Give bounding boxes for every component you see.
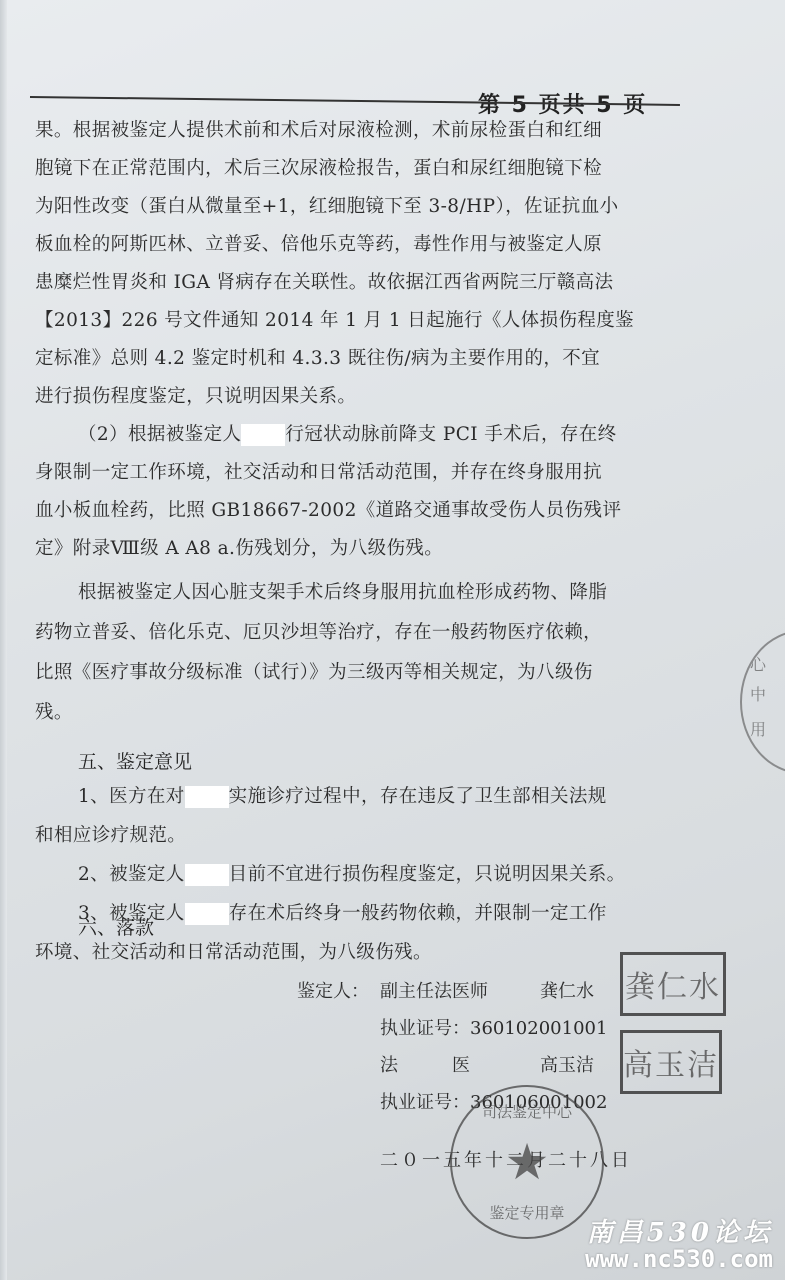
appraiser2-name: 高玉洁	[540, 1051, 594, 1077]
opinion-item-1: 1、医方在对实施诊疗过程中，存在违反了卫生部相关法规	[78, 786, 718, 808]
appraiser-label: 鉴定人：	[297, 977, 369, 1003]
edge-seal-char: 中	[750, 682, 766, 705]
edge-seal-char: 用	[750, 717, 766, 740]
opinion-item-1-pre: 1、医方在对	[78, 786, 185, 807]
paragraph2-line: 血小板血栓药，比照 GB18667-2002《道路交通事故受伤人员伤残评	[35, 500, 675, 522]
paragraph1-line: 果。根据被鉴定人提供术前和术后对尿液检测，术前尿检蛋白和红细	[35, 120, 675, 142]
paragraph2-first-line: （2）根据被鉴定人行冠状动脉前降支 PCI 手术后，存在终	[78, 424, 718, 446]
round-seal-top-text: 司法鉴定中心	[452, 1101, 602, 1122]
opinion-item-3: 3、被鉴定人存在术后终身一般药物依赖，并限制一定工作	[78, 903, 718, 925]
opinion-item-3-post: 存在术后终身一般药物依赖，并限制一定工作	[229, 903, 607, 924]
star-icon: ★	[505, 1137, 550, 1187]
appraiser1-license: 执业证号：360102001001	[380, 1014, 607, 1040]
redacted-name	[185, 903, 229, 925]
opinion-item-2: 2、被鉴定人目前不宜进行损伤程度鉴定，只说明因果关系。	[78, 864, 718, 886]
redacted-name	[185, 786, 229, 808]
paragraph1-line: 胞镜下在正常范围内，术后三次尿液检报告，蛋白和尿红细胞镜下检	[35, 158, 675, 180]
opinion-item-1-post: 实施诊疗过程中，存在违反了卫生部相关法规	[229, 786, 607, 807]
paragraph1-line: 定标准》总则 4.2 鉴定时机和 4.3.3 既往伤/病为主要作用的，不宜	[35, 348, 675, 370]
section5-title: 五、鉴定意见	[78, 747, 192, 774]
official-round-seal: ★ 司法鉴定中心 鉴定专用章	[450, 1085, 604, 1239]
paragraph1-line: 【2013】226 号文件通知 2014 年 1 月 1 日起施行《人体损伤程度…	[35, 310, 675, 332]
watermark-url: www.nc530.com	[585, 1245, 773, 1273]
opinion-item-2-pre: 2、被鉴定人	[78, 864, 185, 885]
paragraph3-line: 药物立普妥、倍化乐克、厄贝沙坦等治疗，存在一般药物医疗依赖，	[35, 622, 675, 644]
opinion-item-1-cont: 和相应诊疗规范。	[35, 825, 675, 847]
paragraph1-line: 为阳性改变（蛋白从微量至+1，红细胞镜下至 3-8/HP），佐证抗血小	[35, 196, 675, 218]
watermark-forum-name: 南昌530论坛	[587, 1212, 773, 1249]
paragraph2-post: 行冠状动脉前降支 PCI 手术后，存在终	[285, 424, 616, 445]
section6-title: 六、落款	[78, 913, 154, 940]
appraiser2-title: 法 医	[380, 1051, 470, 1077]
paragraph2-line: 身限制一定工作环境，社交活动和日常活动范围，并存在终身服用抗	[35, 462, 675, 484]
appraiser1-name: 龚仁水	[540, 977, 594, 1003]
paragraph1-line: 患糜烂性胃炎和 IGA 肾病存在关联性。故依据江西省两院三厅赣高法	[35, 272, 675, 294]
edge-seal-char: 心	[750, 652, 766, 675]
opinion-item-2-post: 目前不宜进行损伤程度鉴定，只说明因果关系。	[229, 864, 626, 885]
paragraph3-line: 比照《医疗事故分级标准（试行）》为三级丙等相关规定，为八级伤	[35, 662, 675, 684]
paragraph2-pre: （2）根据被鉴定人	[78, 424, 241, 445]
paragraph1-line: 板血栓的阿斯匹林、立普妥、倍他乐克等药，毒性作用与被鉴定人原	[35, 234, 675, 256]
paragraph2-line: 定》附录Ⅷ级 A A8 a.伤残划分，为八级伤残。	[35, 538, 675, 560]
paragraph3-line: 根据被鉴定人因心脏支架手术后终身服用抗血栓形成药物、降脂	[78, 582, 718, 604]
personal-seal-2: 高玉洁	[620, 1030, 722, 1094]
page-edge-shadow	[0, 0, 7, 1280]
paragraph1-line: 进行损伤程度鉴定，只说明因果关系。	[35, 386, 675, 408]
opinion-item-3-cont: 环境、社交活动和日常活动范围，为八级伤残。	[35, 942, 675, 964]
round-seal-bottom-text: 鉴定专用章	[452, 1202, 602, 1223]
edge-seal-partial: 心 中 用	[740, 630, 785, 774]
personal-seal-1: 龚仁水	[620, 952, 726, 1016]
appraiser1-title: 副主任法医师	[380, 977, 488, 1003]
paragraph3-line: 残。	[35, 702, 675, 724]
redacted-name	[185, 864, 229, 886]
redacted-name	[241, 424, 285, 446]
